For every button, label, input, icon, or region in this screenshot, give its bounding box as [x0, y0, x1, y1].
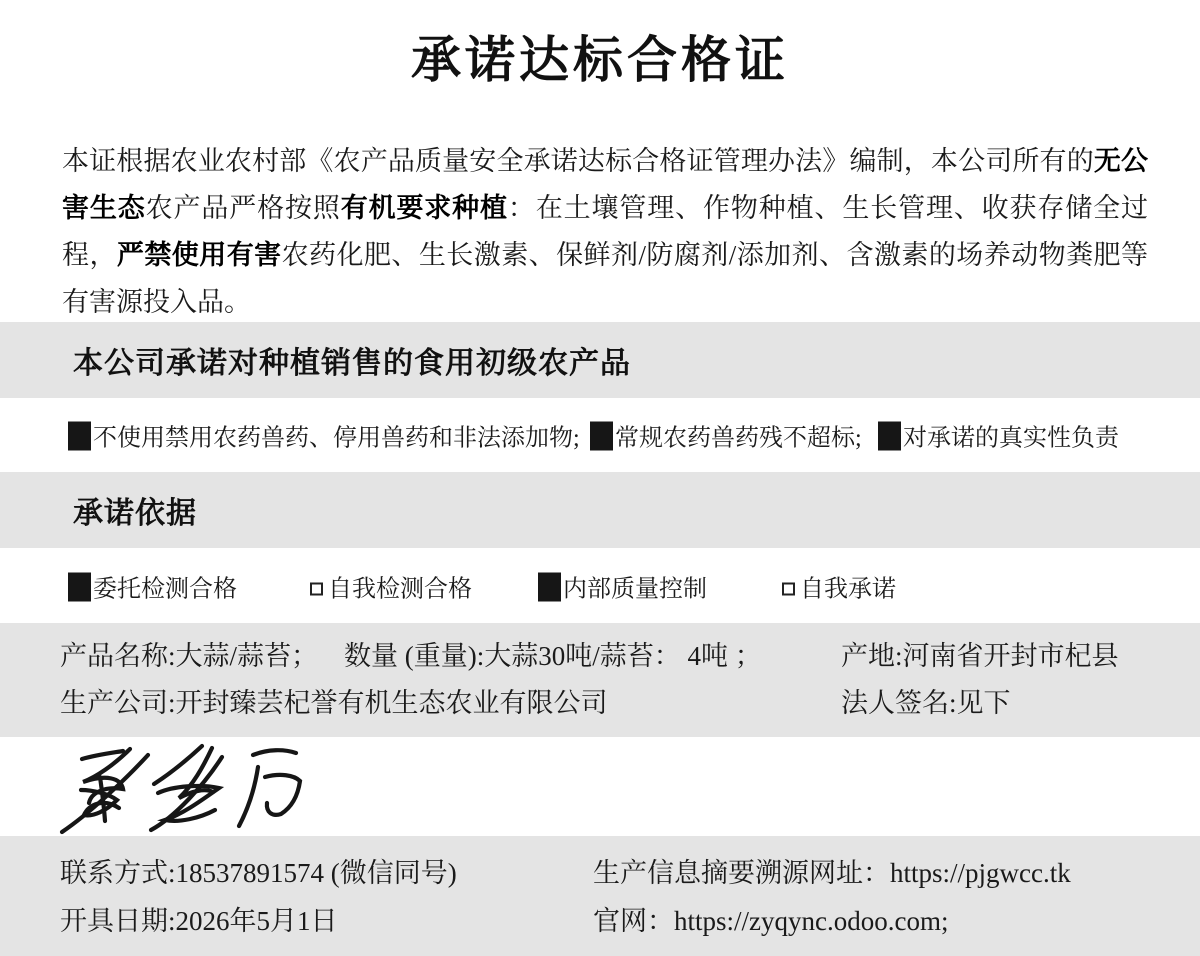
- product-name: 产品名称:大蒜/蒜苔；: [60, 641, 318, 671]
- basis-banner: 承诺依据: [0, 472, 1200, 548]
- product-quantity: 数量 (重量):大蒜30吨/蒜苔： 4吨 ；: [344, 641, 762, 671]
- checkbox-icon: [310, 582, 323, 595]
- legal-person-signature: [52, 739, 322, 835]
- checkbox-icon: [590, 422, 613, 451]
- basis-item-label: 内部质量控制: [563, 576, 707, 602]
- basis-item: 自我承诺: [782, 568, 896, 603]
- issue-date-line: 开具日期:2026年5月1日: [60, 897, 457, 945]
- intro-seg-bold: 有机要求种植: [341, 193, 508, 223]
- product-line-2: 生产公司:开封臻芸杞誉有机生态农业有限公司: [60, 680, 1200, 727]
- basis-item-label: 自我检测合格: [328, 576, 472, 602]
- trace-url-line: 生产信息摘要溯源网址：https://pjgwcc.tk: [593, 849, 1071, 897]
- footer-right-column: 生产信息摘要溯源网址：https://pjgwcc.tk 官网：https://…: [593, 849, 1071, 945]
- basis-item: 委托检测合格: [68, 568, 237, 603]
- legal-sign-label: 法人签名:见下: [841, 680, 1011, 727]
- commitment-item-label: 常规农药兽药残不超标;: [615, 426, 862, 452]
- checkbox-icon: [68, 572, 91, 601]
- basis-item-label: 委托检测合格: [93, 576, 237, 602]
- checkbox-icon: [878, 422, 901, 451]
- contact-line: 联系方式:18537891574 (微信同号): [60, 849, 457, 897]
- intro-seg-bold: 严禁使用有害: [117, 240, 282, 270]
- product-origin: 产地:河南省开封市杞县: [841, 633, 1119, 680]
- basis-heading: 承诺依据: [73, 488, 197, 532]
- page-title: 承诺达标合格证: [411, 20, 789, 92]
- signature-area: [0, 737, 1200, 836]
- intro-seg: 农产品严格按照: [146, 193, 341, 223]
- footer-section: 联系方式:18537891574 (微信同号) 开具日期:2026年5月1日 生…: [0, 836, 1200, 956]
- commitment-items-row: 不使用禁用农药兽药、停用兽药和非法添加物; 常规农药兽药残不超标; 对承诺的真实…: [0, 398, 1200, 472]
- basis-item: 自我检测合格: [310, 568, 472, 603]
- commitment-item-label: 对承诺的真实性负责: [903, 426, 1119, 452]
- commitment-item: 常规农药兽药残不超标;: [590, 418, 862, 453]
- intro-seg: 本证根据农业农村部《农产品质量安全承诺达标合格证管理办法》编制，本公司所有的: [62, 146, 1094, 176]
- commitment-heading: 本公司承诺对种植销售的食用初级农产品: [73, 338, 631, 382]
- commitment-item: 对承诺的真实性负责: [878, 418, 1119, 453]
- official-site-line: 官网：https://zyqync.odoo.com;: [593, 897, 1071, 945]
- basis-item: 内部质量控制: [538, 568, 707, 603]
- basis-item-label: 自我承诺: [800, 576, 896, 602]
- product-company: 生产公司:开封臻芸杞誉有机生态农业有限公司: [60, 688, 608, 718]
- product-info-section: 产品名称:大蒜/蒜苔；数量 (重量):大蒜30吨/蒜苔： 4吨 ； 生产公司:开…: [0, 623, 1200, 737]
- footer-left-column: 联系方式:18537891574 (微信同号) 开具日期:2026年5月1日: [60, 849, 457, 945]
- checkbox-icon: [538, 572, 561, 601]
- commitment-item: 不使用禁用农药兽药、停用兽药和非法添加物;: [68, 418, 580, 453]
- commitment-item-label: 不使用禁用农药兽药、停用兽药和非法添加物;: [93, 426, 580, 452]
- commitment-banner: 本公司承诺对种植销售的食用初级农产品: [0, 322, 1200, 398]
- checkbox-icon: [782, 582, 795, 595]
- intro-paragraph: 本证根据农业农村部《农产品质量安全承诺达标合格证管理办法》编制，本公司所有的无公…: [0, 130, 1200, 322]
- checkbox-icon: [68, 422, 91, 451]
- basis-items-row: 委托检测合格 自我检测合格 内部质量控制 自我承诺: [0, 548, 1200, 623]
- certificate-header: 承诺达标合格证: [0, 0, 1200, 130]
